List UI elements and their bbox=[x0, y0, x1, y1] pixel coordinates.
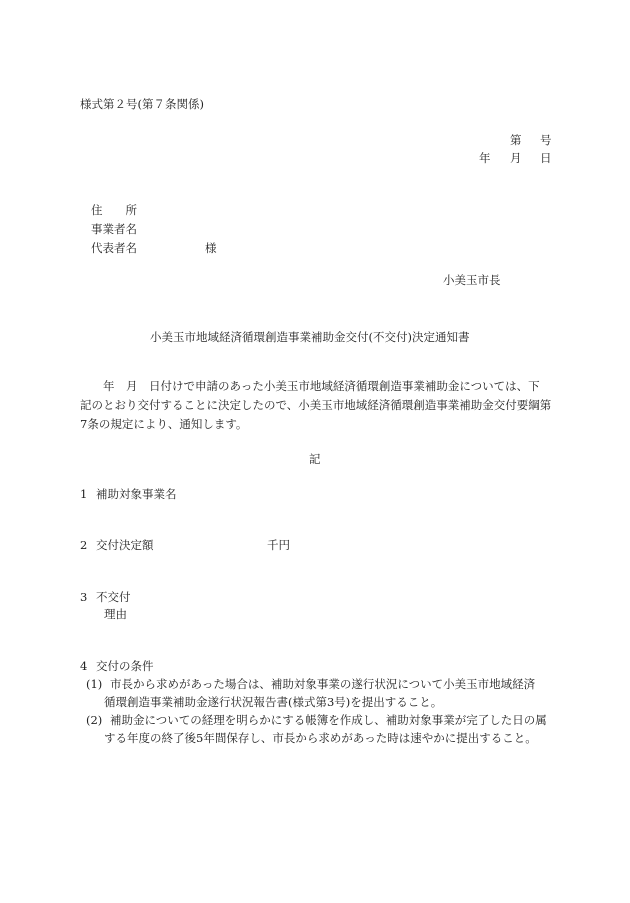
address-label: 住 所 bbox=[91, 202, 137, 218]
item-3-sub: 理由 bbox=[104, 606, 127, 622]
item-1-num: 1 bbox=[80, 486, 87, 502]
item-1-label: 補助対象事業名 bbox=[96, 486, 177, 502]
number-go: 号 bbox=[540, 132, 552, 148]
issuer: 小美玉市長 bbox=[443, 272, 501, 288]
representative-label: 代表者名 bbox=[91, 240, 137, 256]
document-title: 小美玉市地域経済循環創造事業補助金交付(不交付)決定通知書 bbox=[150, 329, 469, 345]
date-month: 月 bbox=[510, 150, 522, 166]
business-name-label: 事業者名 bbox=[91, 221, 137, 237]
item-4-num: 4 bbox=[80, 658, 87, 674]
item-3-num: 3 bbox=[80, 589, 87, 605]
item-2-label: 交付決定額 bbox=[96, 537, 154, 553]
condition-2-line-2: する年度の終了後5年間保存し、市長から求めがあった時は速やかに提出すること。 bbox=[104, 730, 537, 746]
condition-2-num: (2) bbox=[86, 712, 102, 728]
body-line-3: 7条の規定により、通知します。 bbox=[80, 416, 247, 432]
number-dai: 第 bbox=[510, 132, 522, 148]
form-header: 様式第２号(第７条関係) bbox=[80, 96, 204, 112]
condition-1-line-1: 市長から求めがあった場合は、補助対象事業の遂行状況について小美玉市地域経済 bbox=[110, 676, 535, 692]
item-2-unit: 千円 bbox=[267, 537, 290, 553]
condition-1-num: (1) bbox=[86, 676, 102, 692]
condition-1-line-2: 循環創造事業補助金遂行状況報告書(様式第3号)を提出すること。 bbox=[104, 694, 442, 710]
condition-2-line-1: 補助金についての経理を明らかにする帳簿を作成し、補助対象事業が完了した日の属 bbox=[110, 712, 547, 728]
date-year: 年 bbox=[479, 150, 491, 166]
ki-heading: 記 bbox=[309, 451, 321, 467]
item-2-num: 2 bbox=[80, 537, 87, 553]
body-line-2: 記のとおり交付することに決定したので、小美玉市地域経済循環創造事業補助金交付要綱… bbox=[80, 397, 551, 413]
date-day: 日 bbox=[540, 150, 552, 166]
body-line-1: 年 月 日付けで申請のあった小美玉市地域経済循環創造事業補助金については、下 bbox=[80, 378, 540, 394]
honorific: 様 bbox=[205, 240, 217, 256]
item-3-label: 不交付 bbox=[96, 589, 131, 605]
item-4-label: 交付の条件 bbox=[96, 658, 154, 674]
